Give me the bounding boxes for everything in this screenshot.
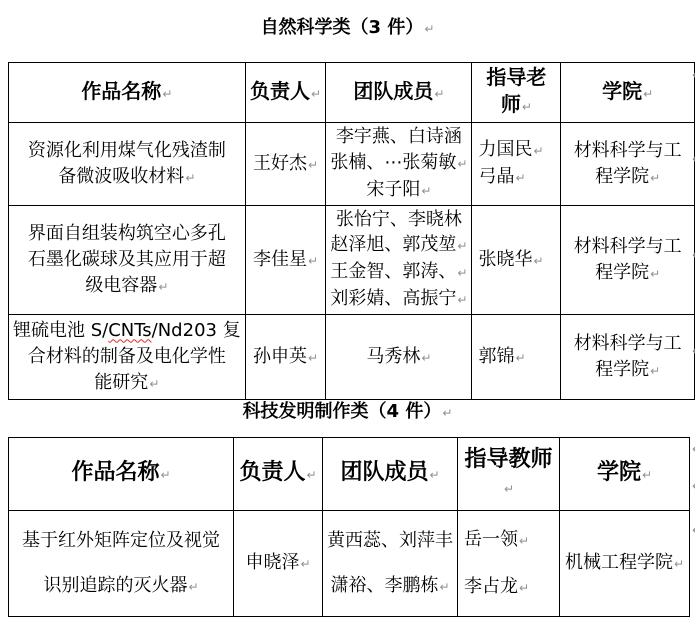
document-page: 自然科学类（3 件）↵ 作品名称↵ 负责人↵ 团队成员↵ 指导老 师↵ 学院↵ …	[0, 0, 695, 618]
college-cell: 材料科学与工 程学院↵	[561, 206, 695, 315]
advisor-cell: 力国民↵ 弓晶↵	[472, 123, 561, 206]
header-advisor: 指导老 师↵	[472, 63, 561, 123]
paragraph-mark-icon: ↵	[439, 580, 449, 594]
header-team: 团队成员↵	[323, 438, 458, 511]
project-cell: 资源化利用煤气化残渣制 备微波吸收材料↵	[9, 123, 246, 206]
paragraph-mark-icon: ↵	[674, 557, 684, 571]
project-cell: 锂硫电池 S/CNTs/Nd203 复 合材料的制备及电化学性 能研究↵	[9, 315, 246, 400]
paragraph-mark-icon: ↵	[434, 87, 444, 101]
paragraph-mark-icon: ↵	[533, 144, 543, 158]
section-title-natural-text: 自然科学类（3 件）	[261, 17, 424, 38]
paragraph-mark-icon: ↵	[522, 100, 532, 114]
paragraph-mark-icon: ↵	[650, 364, 660, 378]
header-leader: 负责人↵	[245, 63, 326, 123]
section-title-natural: 自然科学类（3 件）↵	[0, 16, 695, 41]
header-advisor: 指导教师↵	[458, 438, 560, 511]
college-cell: 机械工程学院↵	[560, 511, 690, 617]
paragraph-mark-icon: ↵	[421, 351, 431, 365]
paragraph-mark-icon: ↵	[650, 267, 660, 281]
paragraph-mark-icon: ↵	[457, 239, 467, 253]
paragraph-mark-icon: ↵	[188, 580, 198, 594]
project-cell: 界面自组装构筑空心多孔 石墨化碳球及其应用于超 级电容器↵	[9, 206, 246, 315]
invention-table-wrap: 作品名称↵ 负责人↵ 团队成员↵ 指导教师↵ 学院↵ 基于红外矩阵定位及视觉 识…	[8, 437, 690, 617]
spellcheck-underlined-text: CNTs	[108, 320, 151, 341]
paragraph-mark-icon: ↵	[533, 254, 543, 268]
leader-cell: 王好杰↵	[245, 123, 326, 206]
paragraph-mark-icon: ↵	[308, 158, 318, 172]
leader-cell: 申晓泽↵	[234, 511, 323, 617]
paragraph-mark-icon: ↵	[308, 254, 318, 268]
paragraph-mark-icon: ↵	[650, 171, 660, 185]
natural-science-table: 作品名称↵ 负责人↵ 团队成员↵ 指导老 师↵ 学院↵ 资源化利用煤气化残渣制 …	[8, 62, 695, 400]
paragraph-mark-icon: ↵	[519, 581, 529, 595]
paragraph-mark-icon: ↵	[515, 171, 525, 185]
header-project: 作品名称↵	[9, 63, 246, 123]
college-cell: 材料科学与工 程学院↵	[561, 315, 695, 400]
paragraph-mark-icon: ↵	[158, 280, 168, 294]
table-row: 锂硫电池 S/CNTs/Nd203 复 合材料的制备及电化学性 能研究↵ 孙申英…	[9, 315, 695, 400]
header-team: 团队成员↵	[326, 63, 472, 123]
team-cell: 马秀林↵	[326, 315, 472, 400]
header-college: 学院↵	[560, 438, 690, 511]
paragraph-mark-icon: ↵	[515, 351, 525, 365]
advisor-cell: 岳一领↵ 李占龙↵	[458, 511, 560, 617]
paragraph-mark-icon: ↵	[429, 468, 439, 482]
paragraph-mark-icon: ↵	[457, 157, 467, 171]
paragraph-mark-icon: ↵	[424, 22, 434, 36]
header-leader: 负责人↵	[234, 438, 323, 511]
leader-cell: 孙申英↵	[245, 315, 326, 400]
table-row: 基于红外矩阵定位及视觉 识别追踪的灭火器↵ 申晓泽↵ 黄西蕊、刘萍丰 潇裕、李鹏…	[9, 511, 690, 617]
paragraph-mark-icon: ↵	[519, 534, 529, 548]
college-cell: 材料科学与工 程学院↵	[561, 123, 695, 206]
header-project: 作品名称↵	[9, 438, 234, 511]
leader-cell: 李佳星↵	[245, 206, 326, 315]
advisor-cell: 张晓华↵	[472, 206, 561, 315]
paragraph-mark-icon: ↵	[306, 468, 316, 482]
natural-science-table-wrap: 作品名称↵ 负责人↵ 团队成员↵ 指导老 师↵ 学院↵ 资源化利用煤气化残渣制 …	[8, 62, 695, 400]
header-college: 学院↵	[561, 63, 695, 123]
table-row: 界面自组装构筑空心多孔 石墨化碳球及其应用于超 级电容器↵ 李佳星↵ 张怡宁、李…	[9, 206, 695, 315]
paragraph-mark-icon: ↵	[643, 87, 653, 101]
team-cell: 张怡宁、李晓林 赵泽旭、郭茂堃↵ 王金智、郭涛、↵ 刘彩婧、高振宁↵	[326, 206, 472, 315]
paragraph-mark-icon: ↵	[457, 293, 467, 307]
paragraph-mark-icon: ↵	[308, 351, 318, 365]
section-title-invention: 科技发明制作类（4 件）↵	[0, 400, 695, 425]
project-cell: 基于红外矩阵定位及视觉 识别追踪的灭火器↵	[9, 511, 234, 617]
paragraph-mark-icon: ↵	[311, 87, 321, 101]
paragraph-mark-icon: ↵	[185, 171, 195, 185]
advisor-cell: 郭锦↵	[472, 315, 561, 400]
paragraph-mark-icon: ↵	[149, 377, 159, 391]
table-header-row: 作品名称↵ 负责人↵ 团队成员↵ 指导教师↵ 学院↵	[9, 438, 690, 511]
paragraph-mark-icon: ↵	[162, 87, 172, 101]
table-row: 资源化利用煤气化残渣制 备微波吸收材料↵ 王好杰↵ 李宇燕、白诗涵 张楠、⋯张菊…	[9, 123, 695, 206]
invention-table: 作品名称↵ 负责人↵ 团队成员↵ 指导教师↵ 学院↵ 基于红外矩阵定位及视觉 识…	[8, 437, 690, 617]
table-header-row: 作品名称↵ 负责人↵ 团队成员↵ 指导老 师↵ 学院↵	[9, 63, 695, 123]
paragraph-mark-icon: ↵	[504, 482, 514, 496]
section-title-invention-text: 科技发明制作类（4 件）	[243, 401, 442, 422]
paragraph-mark-icon: ↵	[300, 557, 310, 571]
paragraph-mark-icon: ↵	[421, 184, 431, 198]
paragraph-mark-icon: ↵	[457, 266, 467, 280]
paragraph-mark-icon: ↵	[442, 406, 452, 420]
paragraph-mark-icon: ↵	[160, 468, 170, 482]
paragraph-mark-icon: ↵	[642, 468, 652, 482]
team-cell: 李宇燕、白诗涵 张楠、⋯张菊敏↵ 宋子阳↵	[326, 123, 472, 206]
team-cell: 黄西蕊、刘萍丰 潇裕、李鹏栋↵	[323, 511, 458, 617]
